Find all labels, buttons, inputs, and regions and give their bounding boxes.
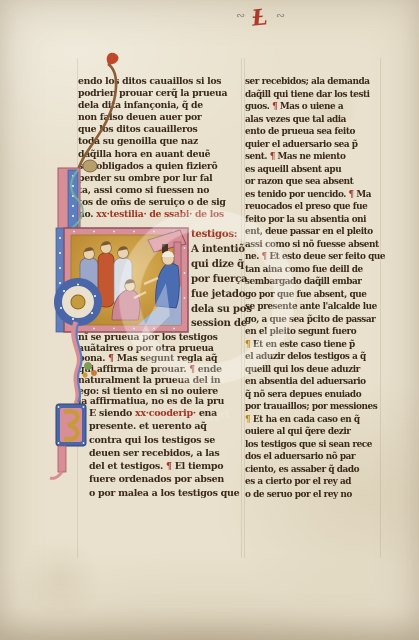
text-line: se presente ante l'alcalde lue bbox=[245, 301, 381, 314]
text-line: go, a que sea p̃cito de passar bbox=[245, 314, 381, 327]
initial-bowl-knot bbox=[58, 282, 98, 322]
text-line: or razon que sea absent bbox=[245, 176, 381, 189]
text-line: es aqueill absent apu bbox=[245, 164, 381, 177]
text-line: ento de prueua sea feito bbox=[245, 126, 381, 139]
gold-berry bbox=[82, 372, 87, 377]
text-line: sent. ¶ Mas ne miento bbox=[245, 151, 381, 164]
text-line: ser recebidos; ala demanda bbox=[245, 76, 381, 89]
text-line: dos el aduersario nõ par bbox=[245, 451, 381, 464]
text-line: alas vezes que tal adia bbox=[245, 114, 381, 127]
quire-letter: Ƚ bbox=[251, 7, 268, 29]
text-line: o por malea a los testigos que bbox=[89, 487, 243, 500]
text-line: feito por la su absentia oni bbox=[245, 214, 381, 227]
text-line: queill qui los deue aduzir bbox=[245, 364, 381, 377]
text-line: quier el aduersario sea p̃ bbox=[245, 139, 381, 152]
text-line: los testigos que si sean rece bbox=[245, 439, 381, 452]
initial-descender bbox=[58, 446, 66, 472]
text-line: sembargado daq̃ill embar bbox=[245, 276, 381, 289]
text-line: ciento, es assaber q̃ dado bbox=[245, 464, 381, 477]
illuminated-initial-decoration bbox=[40, 48, 200, 488]
text-line: el aduzir delos testigos a q̃ bbox=[245, 351, 381, 364]
green-leaf bbox=[84, 362, 92, 370]
text-line: tan aina como fue deill de bbox=[245, 264, 381, 277]
text-line: guos. ¶ Mas o uiene a bbox=[245, 101, 381, 114]
text-line: ¶ Et en este caso tiene p̃ bbox=[245, 339, 381, 352]
ascender-flourish-graphic bbox=[78, 53, 118, 172]
text-line: o de seruo por el rey no bbox=[245, 489, 381, 502]
text-line: ¶ Et ha en cada caso en q̃ bbox=[245, 414, 381, 427]
text-line: en absentia del aduersario bbox=[245, 376, 381, 389]
quire-left-flourish: ∾ bbox=[236, 9, 244, 22]
right-column-text: ser recebidos; ala demandadaq̃ill qui ti… bbox=[245, 76, 381, 501]
initial-bar-graphic bbox=[58, 168, 83, 230]
text-line: es a cierto por el rey ad bbox=[245, 476, 381, 489]
red-leaf-terminal bbox=[107, 53, 119, 65]
text-line: reuocados el preso que fue bbox=[245, 201, 381, 214]
text-line: go por que fue absent, que bbox=[245, 289, 381, 302]
text-line: es tenido por uencido. ¶ Ma bbox=[245, 189, 381, 202]
text-line: daq̃ill qui tiene dar los testi bbox=[245, 89, 381, 102]
text-line: assi como si nõ fuesse absent bbox=[245, 239, 381, 252]
tail-flourish-graphic bbox=[74, 322, 97, 404]
small-initial-e bbox=[50, 404, 86, 478]
manuscript-page: ∾ Ƚ ∾ endo los ditos cauaillos si lospod… bbox=[0, 0, 419, 640]
text-line: en el pleito segunt fuero bbox=[245, 326, 381, 339]
text-line: ouiere al qui q̃ere dezir bbox=[245, 426, 381, 439]
text-line: ne. ¶ Et esto deue ser feito que bbox=[245, 251, 381, 264]
quire-right-flourish: ∾ bbox=[276, 9, 284, 22]
flourish-knob bbox=[83, 160, 97, 172]
orange-berry bbox=[91, 370, 97, 376]
text-line: por trauaillos; por messiones bbox=[245, 401, 381, 414]
text-line: ent, deue passar en el pleito bbox=[245, 226, 381, 239]
descender-flourish bbox=[50, 472, 62, 478]
page-bottom-shading bbox=[0, 606, 419, 640]
text-line: q̃ nõ sera depues enuiado bbox=[245, 389, 381, 402]
quire-mark: ∾ Ƚ ∾ bbox=[200, 8, 320, 29]
